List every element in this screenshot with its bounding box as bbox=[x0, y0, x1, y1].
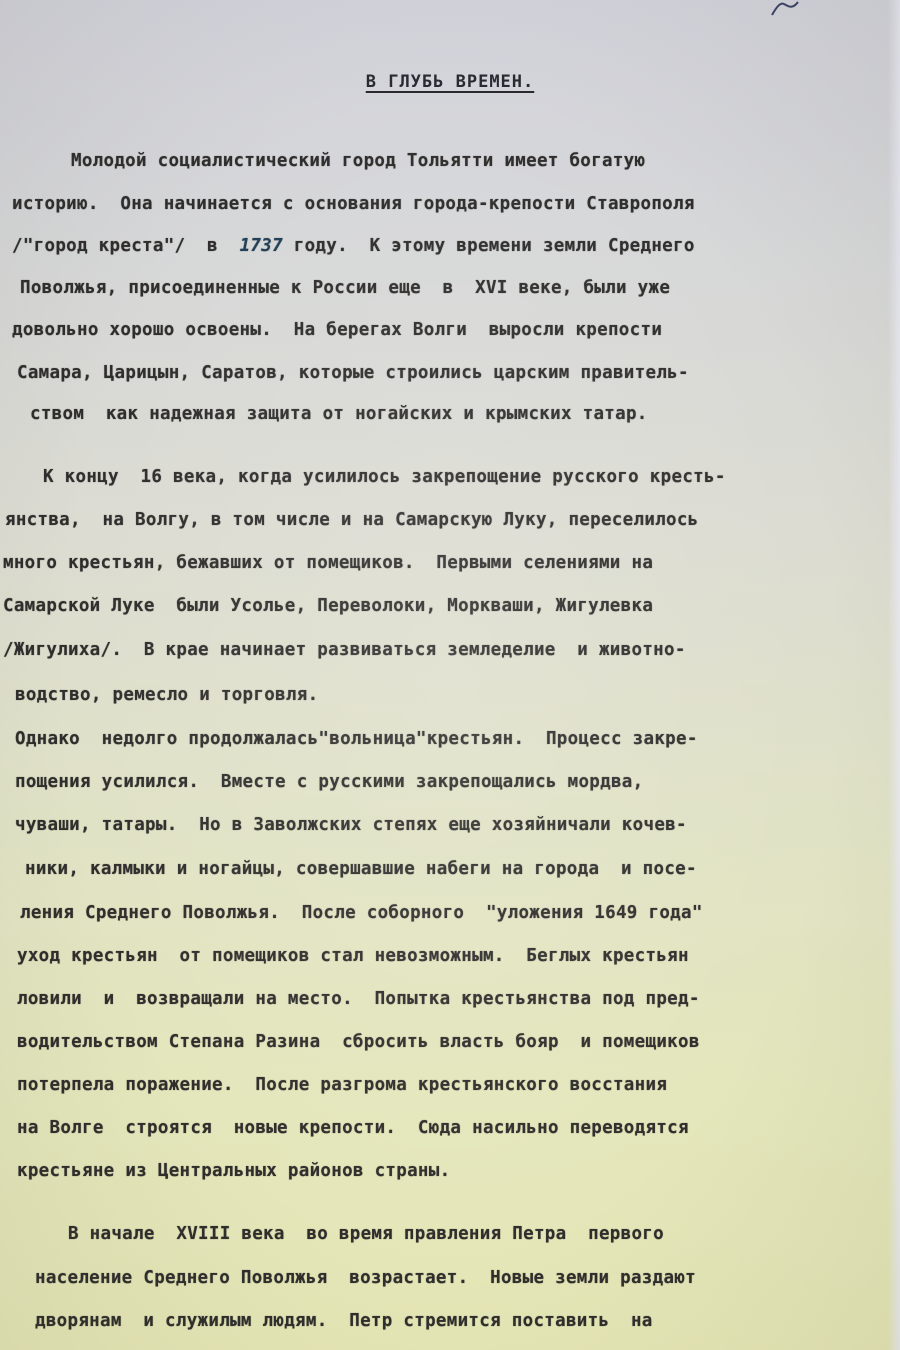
text-segment: /"город креста"/ в bbox=[12, 236, 240, 256]
text-line: население Среднего Поволжья возрастает. … bbox=[35, 1268, 696, 1288]
text-line: чуваши, татары. Но в Заволжских степях е… bbox=[15, 815, 687, 835]
text-line: довольно хорошо освоены. На берегах Волг… bbox=[12, 320, 662, 340]
handwritten-year: 1737 bbox=[240, 236, 283, 256]
text-line: пощения усилился. Вместе с русскими закр… bbox=[15, 772, 643, 792]
text-line: В начале XVIII века во время правления П… bbox=[68, 1224, 664, 1244]
text-line: Молодой социалистический город Тольятти … bbox=[71, 151, 645, 171]
text-line: К концу 16 века, когда усилилось закрепо… bbox=[43, 467, 726, 487]
document-title: В ГЛУБЬ ВРЕМЕН. bbox=[0, 72, 900, 92]
text-line: на Волге строятся новые крепости. Сюда н… bbox=[17, 1118, 689, 1138]
text-line: много крестьян, бежавших от помещиков. П… bbox=[3, 553, 653, 573]
text-line: водство, ремесло и торговля. bbox=[15, 685, 318, 705]
handwritten-mark-icon bbox=[768, 0, 808, 16]
text-line: потерпела поражение. После разгрома крес… bbox=[17, 1075, 667, 1095]
text-line: крестьяне из Центральных районов страны. bbox=[17, 1161, 450, 1181]
text-line: Самара, Царицын, Саратов, которые строил… bbox=[17, 363, 689, 383]
text-line: Однако недолго продолжалась"вольница"кре… bbox=[15, 729, 698, 749]
text-line: ством как надежная защита от ногайских и… bbox=[30, 404, 648, 424]
text-line: янства, на Волгу, в том числе и на Самар… bbox=[5, 510, 699, 530]
paper-edge bbox=[888, 0, 900, 1350]
text-line-with-year: /"город креста"/ в 1737 году. К этому вр… bbox=[12, 236, 695, 256]
text-line: Самарской Луке были Усолье, Переволоки, … bbox=[3, 596, 653, 616]
text-line: ления Среднего Поволжья. После соборного… bbox=[20, 903, 703, 923]
text-line: ловили и возвращали на место. Попытка кр… bbox=[17, 989, 700, 1009]
text-line: Поволжья, присоединенные к России еще в … bbox=[20, 278, 670, 298]
text-line: /Жигулиха/. В крае начинает развиваться … bbox=[3, 640, 686, 660]
text-line: дворянам и служилым людям. Петр стремитс… bbox=[35, 1311, 653, 1331]
text-segment: году. К этому времени земли Среднего bbox=[283, 236, 695, 256]
text-line: уход крестьян от помещиков стал невозмож… bbox=[17, 946, 689, 966]
text-line: водительством Степана Разина сбросить вл… bbox=[17, 1032, 700, 1052]
text-line: историю. Она начинается с основания горо… bbox=[12, 194, 695, 214]
text-line: ники, калмыки и ногайцы, совершавшие наб… bbox=[25, 859, 697, 879]
